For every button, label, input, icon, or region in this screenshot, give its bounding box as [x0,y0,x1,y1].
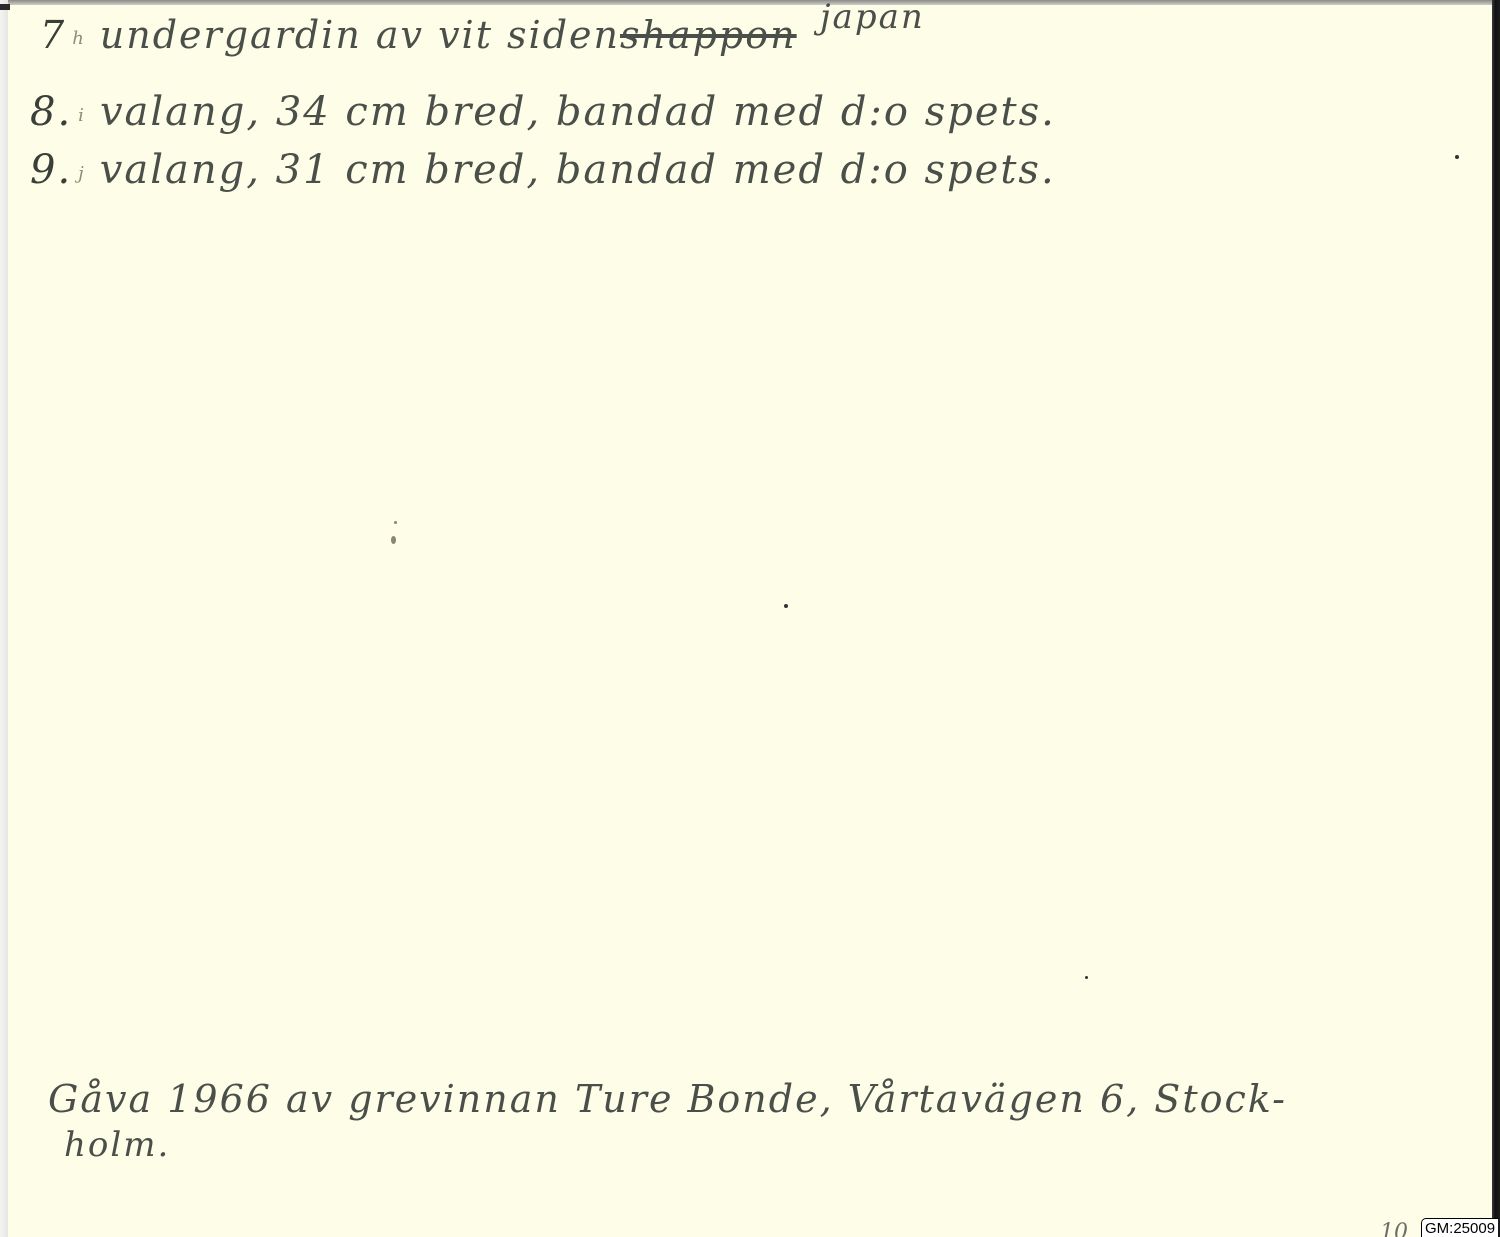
provenance-line-1: Gåva 1966 av grevinnan Ture Bonde, Vårta… [48,1080,1287,1118]
item-sub-mark: j [78,163,86,184]
paper-speck [394,521,397,524]
paper-speck [391,536,396,544]
item-line-8: 8.ivalang, 34 cm bred, bandad med d:o sp… [30,92,1056,132]
page-number-partial: 10 [1380,1222,1408,1237]
item-sub-mark: i [78,105,86,126]
scanned-card: japan 7hundergardin av vit sidenshappon … [0,0,1500,1237]
scan-corner-shadow [0,4,10,10]
item-line-7: 7hundergardin av vit sidenshappon [40,16,797,54]
scan-top-edge [0,0,1500,5]
scan-right-edge [1492,0,1500,1237]
item-line-9: 9.jvalang, 31 cm bred, bandad med d:o sp… [30,150,1056,190]
paper-speck [1085,976,1088,979]
scan-left-edge [0,0,8,1237]
paper-speck [784,604,788,608]
item-text: undergardin av vit siden [100,13,620,57]
item-number: 9. [30,147,72,193]
item-sub-mark: h [72,28,86,49]
item-number: 7 [40,13,66,57]
item-text: valang, 34 cm bred, bandad med d:o spets… [100,89,1056,135]
item-text: valang, 31 cm bred, bandad med d:o spets… [100,147,1056,193]
inventory-id-badge: GM:25009 [1421,1218,1498,1237]
paper-speck [1455,155,1459,159]
item-number: 8. [30,89,72,135]
provenance-line-2: holm. [64,1128,170,1162]
inserted-word-japan: japan [820,0,925,34]
struck-out-word: shappon [620,13,797,57]
